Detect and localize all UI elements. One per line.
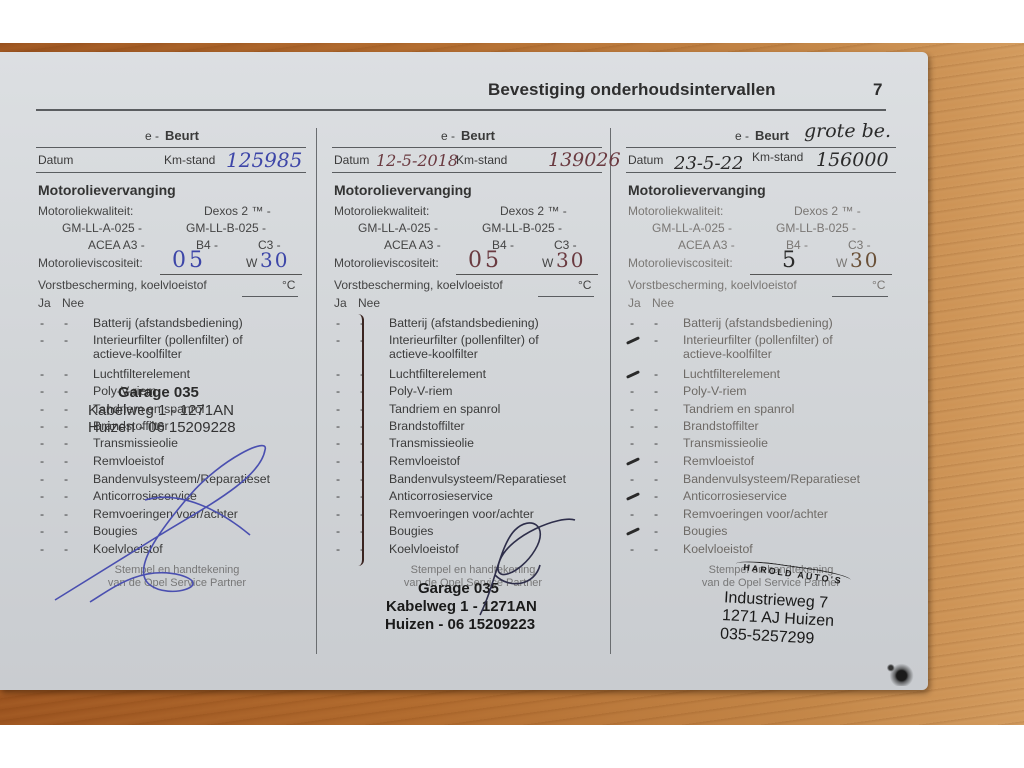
section-title: Motorolievervanging [628,182,766,198]
checklist-item-label: Poly-V-riem [389,384,453,398]
datum-value: 12-5-2018 [376,151,458,170]
nee-checkbox[interactable]: - [654,333,658,347]
ja-checkbox[interactable]: - [630,402,634,416]
ja-checkbox[interactable]: - [40,454,44,468]
beurt-note: grote be. [804,120,891,142]
ja-checkbox[interactable]: - [630,419,634,433]
celsius-unit: °C [872,278,885,292]
nee-checkbox[interactable]: - [654,507,658,521]
km-stand-value: 139026 [548,149,621,171]
checklist-item-label: Bandenvulsysteem/Reparatieset [389,472,566,486]
ja-checkbox[interactable]: - [336,384,340,398]
nee-checkbox[interactable]: - [64,419,68,433]
checklist-item-label: Interieurfilter (pollenfilter) of actiev… [683,333,833,361]
viscosity-underline [160,274,302,275]
checklist-item-label: Brandstoffilter [389,419,465,433]
ja-checkbox[interactable]: - [336,489,340,503]
section-title: Motorolievervanging [334,182,472,198]
ja-checkbox[interactable]: - [40,507,44,521]
checklist-item-label: Anticorrosieservice [389,489,493,503]
beurt-label: Beurt [461,128,495,143]
viscosity-prefix: 5 [782,248,799,273]
beurt-prefix: e - [441,129,455,143]
nee-checkbox[interactable]: - [654,367,658,381]
ja-checkbox[interactable]: - [336,419,340,433]
ja-checkbox[interactable]: - [630,384,634,398]
km-stand-value: 125985 [226,148,302,172]
ja-checkbox[interactable]: - [40,384,44,398]
datum-label: Datum [38,153,73,167]
antifreeze-underline [832,296,888,297]
nee-checkbox[interactable]: - [654,542,658,556]
ja-checkbox[interactable]: - [40,542,44,556]
ja-checkbox[interactable]: - [336,507,340,521]
antifreeze-underline [538,296,594,297]
checklist-item-label: Remvoeringen voor/achter [683,507,828,521]
checklist-item-label: Tandriem en spanrol [389,402,500,416]
nee-checkbox[interactable]: - [64,402,68,416]
km-stand-label: Km-stand [164,153,215,167]
checklist-item-label: Remvloeistof [683,454,754,468]
oil-spec-gm-a: GM-LL-A-025 - [652,221,732,235]
ja-checkbox[interactable]: - [40,524,44,538]
viscosity-prefix: 05 [468,248,502,273]
ja-checkbox[interactable]: - [40,489,44,503]
ja-checkbox[interactable]: - [40,472,44,486]
checklist-item-label: Brandstoffilter [683,419,759,433]
viscosity-label: Motorolieviscositeit: [38,256,143,270]
checklist-item-label: Koelvloeistof [683,542,753,556]
nee-header: Nee [652,296,674,310]
checklist-item-label: Bougies [683,524,727,538]
nee-checkbox[interactable]: - [654,384,658,398]
nee-checkbox[interactable]: - [654,454,658,468]
ja-checkbox[interactable]: - [336,472,340,486]
column-divider [610,128,611,654]
checklist-item-label: Luchtfilterelement [93,367,190,381]
ja-checkbox[interactable]: - [336,333,340,347]
signature-1 [50,440,280,610]
header-divider [36,109,886,111]
ja-checkbox[interactable]: - [40,402,44,416]
viscosity-suffix: 30 [850,248,879,272]
stamp-name: Garage 035 [118,384,199,401]
viscosity-w: W [836,256,847,270]
ja-checkbox[interactable]: - [630,542,634,556]
checklist-item-label: Tandriem en spanrol [683,402,794,416]
nee-checkbox[interactable]: - [654,419,658,433]
viscosity-suffix: 30 [260,248,289,272]
nee-checkbox[interactable]: - [654,436,658,450]
beurt-prefix: e - [145,129,159,143]
rule [332,172,602,173]
nee-checkbox[interactable]: - [64,384,68,398]
stamp-address: Kabelweg 1 - 1271AN [88,402,234,419]
ja-checkbox[interactable]: - [630,507,634,521]
viscosity-label: Motorolieviscositeit: [334,256,439,270]
page-number: 7 [873,80,882,100]
oil-spec-acea: ACEA A3 - [88,238,145,252]
beurt-prefix: e - [735,129,749,143]
ja-checkbox[interactable]: - [40,419,44,433]
ja-checkbox[interactable]: - [336,454,340,468]
section-title: Motorolievervanging [38,182,176,198]
oil-spec-gm-b: GM-LL-B-025 - [482,221,562,235]
nee-bracket-mark [354,314,364,566]
nee-checkbox[interactable]: - [654,524,658,538]
viscosity-w: W [542,256,553,270]
km-stand-label: Km-stand [456,153,507,167]
beurt-heading: e -Beurt [36,128,308,143]
celsius-unit: °C [578,278,591,292]
checklist-item-label: Anticorrosieservice [683,489,787,503]
checklist-item-label: Interieurfilter (pollenfilter) of actiev… [93,333,243,361]
oil-spec-gm-a: GM-LL-A-025 - [62,221,142,235]
oil-spec-dexos: Dexos 2 ™ - [500,204,567,218]
checklist-item-label: Luchtfilterelement [389,367,486,381]
checklist-item-label: Batterij (afstandsbediening) [389,316,539,330]
datum-value: 23-5-22 [674,153,743,174]
ja-checkbox[interactable]: - [40,367,44,381]
ja-checkbox[interactable]: - [40,333,44,347]
page-title: Bevestiging onderhoudsintervallen [488,80,776,100]
ja-header: Ja [334,296,347,310]
ja-header: Ja [628,296,641,310]
checklist-item-label: Interieurfilter (pollenfilter) of actiev… [389,333,539,361]
ja-checkbox[interactable]: - [336,402,340,416]
ja-checkbox[interactable]: - [336,367,340,381]
ja-checkbox[interactable]: - [630,436,634,450]
ja-header: Ja [38,296,51,310]
oil-spec-gm-b: GM-LL-B-025 - [776,221,856,235]
checklist-item-label: Poly-V-riem [683,384,747,398]
checklist-item-label: Transmissieolie [389,436,474,450]
oil-spec-gm-a: GM-LL-A-025 - [358,221,438,235]
datum-label: Datum [628,153,663,167]
oil-quality-label: Motoroliekwaliteit: [38,204,133,218]
checklist-item-label: Bougies [389,524,433,538]
nee-checkbox[interactable]: - [654,489,658,503]
km-stand-value: 156000 [816,149,889,171]
viscosity-underline [456,274,598,275]
beurt-label: Beurt [165,128,199,143]
ja-checkbox[interactable]: - [336,542,340,556]
oil-quality-label: Motoroliekwaliteit: [628,204,723,218]
checklist-item-label: Transmissieolie [683,436,768,450]
nee-header: Nee [62,296,84,310]
rule [626,172,896,173]
oil-spec-dexos: Dexos 2 ™ - [204,204,271,218]
ja-checkbox[interactable]: - [40,316,44,330]
antifreeze-underline [242,296,298,297]
beurt-heading: e -Beurt [332,128,604,143]
ja-checkbox[interactable]: - [336,524,340,538]
rule [626,147,896,148]
nee-header: Nee [358,296,380,310]
viscosity-suffix: 30 [556,248,585,272]
antifreeze-label: Vorstbescherming, koelvloeistof [38,278,207,292]
nee-checkbox[interactable]: - [64,367,68,381]
oil-spec-gm-b: GM-LL-B-025 - [186,221,266,235]
signature-2 [440,505,580,625]
km-stand-label: Km-stand [752,150,803,164]
oil-spec-acea: ACEA A3 - [678,238,735,252]
column-divider [316,128,317,654]
stamp-phone: Huizen - 06 15209228 [88,419,236,436]
viscosity-w: W [246,256,257,270]
ink-smudge [880,660,916,686]
antifreeze-label: Vorstbescherming, koelvloeistof [334,278,503,292]
nee-checkbox[interactable]: - [654,316,658,330]
checklist-item-label: Bandenvulsysteem/Reparatieset [683,472,860,486]
ja-checkbox[interactable]: - [336,436,340,450]
ja-checkbox[interactable]: - [630,472,634,486]
checklist-item-label: Luchtfilterelement [683,367,780,381]
viscosity-label: Motorolieviscositeit: [628,256,733,270]
ja-checkbox[interactable]: - [40,436,44,450]
oil-spec-dexos: Dexos 2 ™ - [794,204,861,218]
checklist-item-label: Remvloeistof [389,454,460,468]
nee-checkbox[interactable]: - [654,472,658,486]
rule [332,147,602,148]
viscosity-underline [750,274,892,275]
viscosity-prefix: 05 [172,248,206,273]
checklist-item-label: Batterij (afstandsbediening) [683,316,833,330]
celsius-unit: °C [282,278,295,292]
nee-checkbox[interactable]: - [654,402,658,416]
nee-checkbox[interactable]: - [64,333,68,347]
nee-checkbox[interactable]: - [64,316,68,330]
antifreeze-label: Vorstbescherming, koelvloeistof [628,278,797,292]
rule [36,172,306,173]
oil-quality-label: Motoroliekwaliteit: [334,204,429,218]
beurt-label: Beurt [755,128,789,143]
ja-checkbox[interactable]: - [336,316,340,330]
oil-spec-acea: ACEA A3 - [384,238,441,252]
datum-label: Datum [334,153,369,167]
checklist-item-label: Batterij (afstandsbediening) [93,316,243,330]
ja-checkbox[interactable]: - [630,316,634,330]
